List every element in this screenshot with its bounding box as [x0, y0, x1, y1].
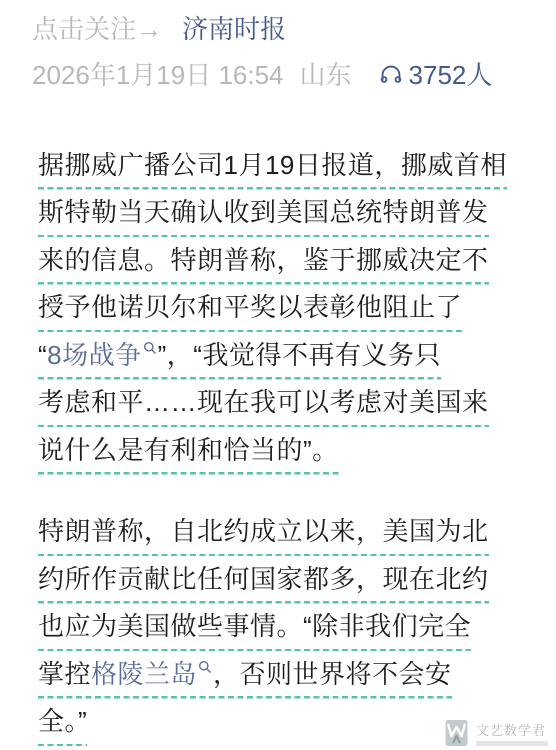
search-icon[interactable]: [143, 341, 157, 355]
publish-date: 2026年1月19日 16:54: [32, 60, 284, 90]
post-header: 点击关注→ 济南时报 2026年1月19日 16:54 山东 3752人: [0, 0, 556, 90]
watermark: 文艺数学君: [445, 719, 548, 747]
follow-hint[interactable]: 点击关注→: [32, 14, 162, 44]
article-line: 斯特勒当天确认收到美国总统特朗普发: [38, 190, 522, 238]
article-line: “8场战争”，“我觉得不再有义务只: [38, 332, 522, 380]
article-line: 也应为美国做些事情。“除非我们完全: [38, 604, 522, 652]
article-text: 据挪威广播公司1月19日报道，挪威首相: [38, 150, 507, 180]
headphones-icon: [378, 62, 404, 88]
article-text: “: [38, 340, 47, 370]
underlined-text: 特朗普称，自北约成立以来，美国为北: [38, 514, 489, 556]
listen-count[interactable]: 3752人: [378, 60, 493, 90]
article-text: ”，“我觉得不再有义务只: [158, 340, 441, 370]
underlined-text: 考虑和平……现在我可以考虑对美国来: [38, 385, 489, 427]
article-line: 约所作贡献比任何国家都多，现在北约: [38, 556, 522, 604]
underlined-text: 说什么是有利和恰当的”。: [38, 433, 339, 475]
article-text: 特朗普称，自北约成立以来，美国为北: [38, 516, 489, 546]
watermark-name: 文艺数学君: [476, 720, 548, 739]
underlined-text: 掌控格陵兰岛，否则世界将不会安: [38, 657, 452, 699]
article-text: ，否则世界将不会安: [213, 659, 452, 689]
article-body: 据挪威广播公司1月19日报道，挪威首相斯特勒当天确认收到美国总统特朗普发来的信息…: [38, 142, 522, 746]
article-line: 掌控格陵兰岛，否则世界将不会安: [38, 651, 522, 699]
article-page: 点击关注→ 济南时报 2026年1月19日 16:54 山东 3752人 据挪威…: [0, 0, 556, 750]
article-text: 掌控: [38, 659, 91, 689]
article-line: 说什么是有利和恰当的”。: [38, 427, 522, 475]
article-text: 考虑和平……现在我可以考虑对美国来: [38, 387, 489, 417]
underlined-text: 斯特勒当天确认收到美国总统特朗普发: [38, 195, 489, 237]
meta-line: 2026年1月19日 16:54 山东 3752人: [32, 60, 556, 90]
article-text: 约所作贡献比任何国家都多，现在北约: [38, 564, 489, 594]
article-line: 授予他诺贝尔和平奖以表彰他阻止了: [38, 285, 522, 333]
article-line: 来的信息。特朗普称，鉴于挪威决定不: [38, 237, 522, 285]
follow-line: 点击关注→ 济南时报: [32, 14, 556, 44]
article-text: 说什么是有利和恰当的”。: [38, 435, 339, 465]
publish-region: 山东: [300, 60, 352, 90]
article-text: 来的信息。特朗普称，鉴于挪威决定不: [38, 245, 489, 275]
watermark-tagline: [476, 741, 548, 746]
entity-link[interactable]: 格陵兰岛: [91, 659, 197, 689]
article-line: 据挪威广播公司1月19日报道，挪威首相: [38, 142, 522, 190]
underlined-text: “8场战争”，“我觉得不再有义务只: [38, 338, 441, 380]
underlined-text: 据挪威广播公司1月19日报道，挪威首相: [38, 148, 507, 190]
underlined-text: 约所作贡献比任何国家都多，现在北约: [38, 562, 489, 604]
paragraph: 特朗普称，自北约成立以来，美国为北约所作贡献比任何国家都多，现在北约也应为美国做…: [38, 509, 522, 747]
underlined-text: 全。”: [38, 704, 87, 746]
listen-count-label: 3752人: [409, 60, 493, 90]
underlined-text: 来的信息。特朗普称，鉴于挪威决定不: [38, 243, 489, 285]
article-line: 考虑和平……现在我可以考虑对美国来: [38, 380, 522, 428]
account-name[interactable]: 济南时报: [182, 14, 286, 44]
article-text: 也应为美国做些事情。“除非我们完全: [38, 611, 471, 641]
article-text: 全。”: [38, 706, 87, 736]
entity-link[interactable]: 8场战争: [47, 340, 141, 370]
article-line: 特朗普称，自北约成立以来，美国为北: [38, 509, 522, 557]
search-icon[interactable]: [198, 660, 212, 674]
underlined-text: 也应为美国做些事情。“除非我们完全: [38, 609, 471, 651]
paragraph: 据挪威广播公司1月19日报道，挪威首相斯特勒当天确认收到美国总统特朗普发来的信息…: [38, 142, 522, 475]
article-text: 斯特勒当天确认收到美国总统特朗普发: [38, 197, 489, 227]
article-text: 授予他诺贝尔和平奖以表彰他阻止了: [38, 292, 462, 322]
wm-monogram-icon: [445, 719, 468, 747]
underlined-text: 授予他诺贝尔和平奖以表彰他阻止了: [38, 290, 462, 332]
